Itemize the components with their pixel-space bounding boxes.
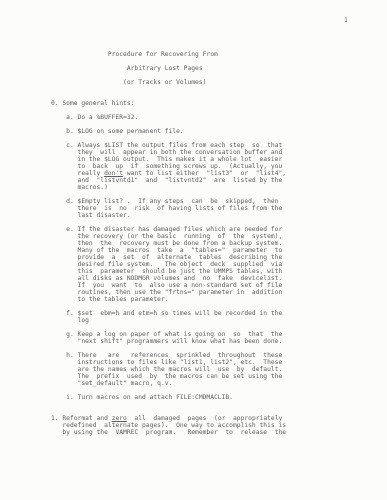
document-line: instructions to files like "list1, list2… bbox=[51, 359, 286, 366]
document-line bbox=[51, 324, 286, 331]
document-line bbox=[51, 72, 286, 79]
underlined-text: don't bbox=[104, 170, 123, 177]
document-line: Many of the macros take a "tables=" para… bbox=[51, 247, 286, 254]
document-line: then the recovery must be done from a ba… bbox=[51, 240, 286, 247]
document-line bbox=[51, 303, 286, 310]
document-line: a. Do a %BUFFER=32. bbox=[51, 114, 286, 121]
document-line bbox=[51, 93, 286, 100]
document-line: desired file system. The object deck sup… bbox=[51, 261, 286, 268]
document-line: routines, then use the "frtns=" paramete… bbox=[51, 289, 286, 296]
document-line: and "listvntd1" and "listvntd2" are list… bbox=[51, 177, 286, 184]
document-line: h. There are references sprinkled throug… bbox=[51, 352, 286, 359]
document-line: If you want to also use a non-standard s… bbox=[51, 282, 286, 289]
document-line bbox=[51, 121, 286, 128]
document-line bbox=[51, 387, 286, 394]
document-line bbox=[51, 401, 286, 408]
document-line: g. Keep a log on paper of what is going … bbox=[51, 331, 286, 338]
document-line: are the names which the macros will use … bbox=[51, 366, 286, 373]
document-line bbox=[51, 191, 286, 198]
document-line: e. If the disaster has damaged files whi… bbox=[51, 226, 286, 233]
document-line: all disks as NODMGR volumes and no fake … bbox=[51, 275, 286, 282]
underlined-text: zero bbox=[112, 415, 127, 422]
document-line: d. $Empty list? . If any steps can be sk… bbox=[51, 198, 286, 205]
document-line: 1. Reformat and zero all damaged pages (… bbox=[51, 415, 286, 422]
document-line bbox=[51, 86, 286, 93]
document-line: in the $LOG output. This makes it a whol… bbox=[51, 156, 286, 163]
document-body: Procedure for Recovering From Arbitrary … bbox=[51, 51, 286, 436]
document-line bbox=[51, 408, 286, 415]
page-number: 1 bbox=[344, 17, 348, 24]
document-line: they will appear in both the conversatio… bbox=[51, 149, 286, 156]
document-line: Procedure for Recovering From bbox=[51, 51, 286, 58]
document-line: provide a set of alternate tables descri… bbox=[51, 254, 286, 261]
document-line: this parameter should be just the UMMPS … bbox=[51, 268, 286, 275]
document-line: to the tables parameter. bbox=[51, 296, 286, 303]
document-line: the recovery (or the basic running of th… bbox=[51, 233, 286, 240]
document-line: i. Turn macros on and attach FILE:CMDMAC… bbox=[51, 394, 286, 401]
document-line: "set_default" macro, q.v. bbox=[51, 380, 286, 387]
document-line: f. $set ebm=h and etm=h so times will be… bbox=[51, 310, 286, 317]
document-line: (or Tracks or Volumes) bbox=[51, 79, 286, 86]
document-sheet: 1 Procedure for Recovering From Arbitrar… bbox=[0, 0, 387, 500]
document-line: b. $LOG on some permanent file. bbox=[51, 128, 286, 135]
document-line: last disaster. bbox=[51, 212, 286, 219]
document-line bbox=[51, 219, 286, 226]
document-line bbox=[51, 107, 286, 114]
document-line: Arbitrary Lost Pages bbox=[51, 65, 286, 72]
document-line: there is no risk of having lists of file… bbox=[51, 205, 286, 212]
document-line: "next shift" programmers will know what … bbox=[51, 338, 286, 345]
document-line: to back up if something screws up. (Actu… bbox=[51, 163, 286, 170]
document-line: 0. Some general hints: bbox=[51, 100, 286, 107]
document-line: The prefix used by the macros can be set… bbox=[51, 373, 286, 380]
document-line: by using the VAMREC program. Remember to… bbox=[51, 429, 286, 436]
document-line: c. Always $LIST the output files from ea… bbox=[51, 142, 286, 149]
document-line bbox=[51, 58, 286, 65]
document-line bbox=[51, 345, 286, 352]
document-line: really don't want to list either "list3"… bbox=[51, 170, 286, 177]
document-line: macros.) bbox=[51, 184, 286, 191]
page: { "page": { "number": "1", "paper_color"… bbox=[0, 0, 387, 500]
document-line bbox=[51, 135, 286, 142]
document-line: redefined alternate pages). One way to a… bbox=[51, 422, 286, 429]
document-line: log bbox=[51, 317, 286, 324]
